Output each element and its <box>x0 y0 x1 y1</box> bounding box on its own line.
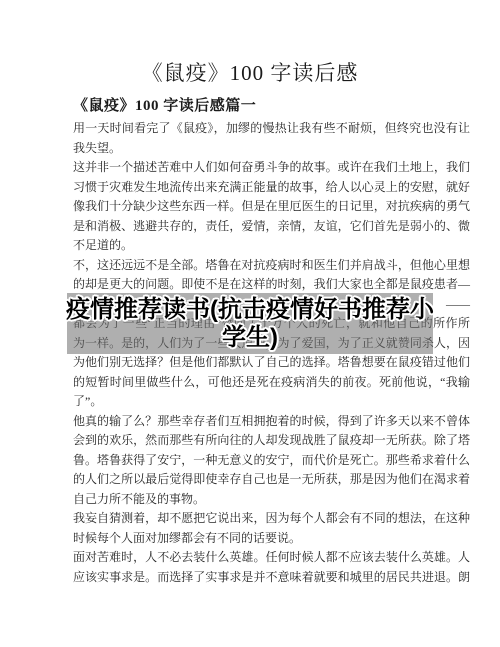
watermark-text-line2: 学生) <box>222 324 278 352</box>
text-line: 像我们十分缺少这些东西一样。但是在里厄医生的日记里，对抗疾病的勇气 <box>73 197 470 217</box>
text-line: 时候每个人面对加缪都会有不同的话要说。 <box>73 529 470 549</box>
text-line: 用一天时间看完了《鼠疫》，加缪的慢热让我有些不耐烦，但终究也没有让 <box>73 119 470 139</box>
text-line: 习惯于灾难发生地流传出来充满正能量的故事，给人以心灵上的安慰，就好 <box>73 178 470 198</box>
text-line: 为他们别无选择？但是他们都默认了自己的选择。塔鲁想要在鼠疫错过他们 <box>73 353 470 373</box>
text-line: 自己力所不能及的事物。 <box>73 490 470 510</box>
text-line: 我妄自猜测着，却不愿把它说出来，因为每个人都会有不同的想法，在这种 <box>73 509 470 529</box>
text-line: 面对苦难时，人不必去装什么英雄。任何时候人都不应该去装什么英雄。人 <box>73 548 470 568</box>
watermark-text-line1: 疫情推荐读书(抗击疫情好书推荐小 <box>66 296 434 324</box>
document-title: 《鼠疫》100 字读后感 <box>0 57 500 87</box>
text-line: 的人们之所以最后觉得即使幸存自己也是一无所获，那是因为他们在渴求着 <box>73 470 470 490</box>
text-line: 的短暂时间里做些什么，可他还是死在疫病消失的前夜。死前他说，“我输 <box>73 373 470 393</box>
text-line: 鲁。塔鲁获得了安宁，一种无意义的安宁，而代价是死亡。那些希求着什么 <box>73 451 470 471</box>
document-page: 《鼠疫》100 字读后感 《鼠疫》100 字读后感篇一 用一天时间看完了《鼠疫》… <box>0 0 500 647</box>
text-line: 他真的输了么？那些幸存者们互相拥抱着的时候，得到了许多天以来不曾体 <box>73 412 470 432</box>
text-line: 不足道的。 <box>73 236 470 256</box>
text-line: 不，这还远远不是全部。塔鲁在对抗疫病时和医生们并肩战斗，但他心里想 <box>73 256 470 276</box>
text-line: 这并非一个描述苦难中人们如何奋勇斗争的故事。或许在我们土地上，我们 <box>73 158 470 178</box>
text-line: 我失望。 <box>73 139 470 159</box>
text-line: 会到的欢乐，然而那些有所向往的人却发现战胜了鼠疫却一无所获。除了塔 <box>73 431 470 451</box>
text-line: 了”。 <box>73 392 470 412</box>
section-heading: 《鼠疫》100 字读后感篇一 <box>73 94 256 115</box>
text-line: 是和消极、逃避共存的，责任，爱情，亲情，友谊，它们首先是弱小的、微 <box>73 217 470 237</box>
watermark-overlay: 疫情推荐读书(抗击疫情好书推荐小 学生) <box>67 293 433 354</box>
text-line: 应该实事求是。而选择了实事求是并不意味着就要和城里的居民共进退。朗 <box>73 568 470 588</box>
text-line: 的却是更大的问题。即使不是在这样的时刻，我们大家也全都是鼠疫患者— <box>73 275 470 295</box>
